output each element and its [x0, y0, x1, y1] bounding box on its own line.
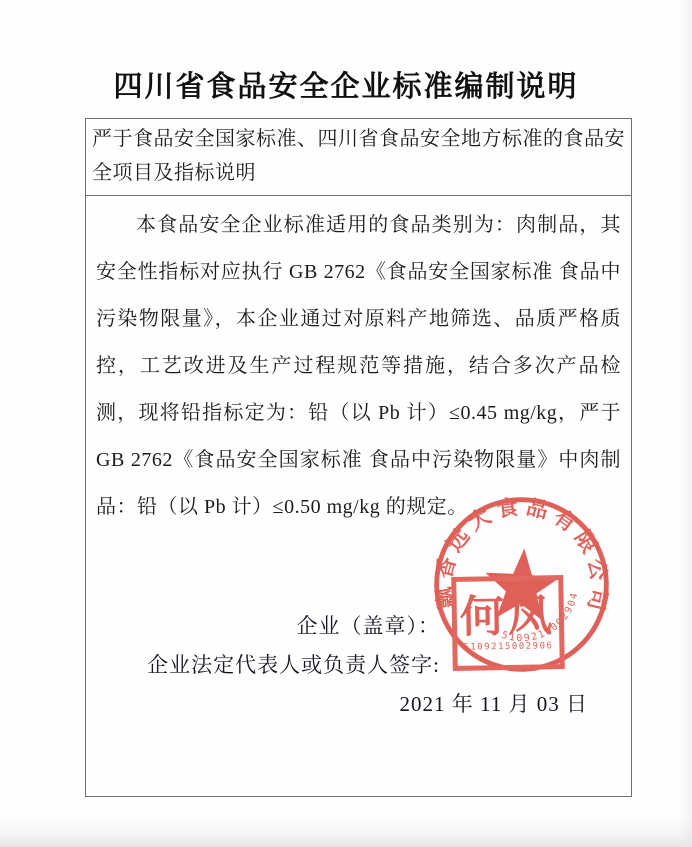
body-paragraph: 本食品安全企业标准适用的食品类别为：肉制品，其安全性指标对应执行 GB 2762…	[96, 202, 621, 531]
signature-date: 2021 年 11 月 03 日	[400, 688, 588, 718]
page-title: 四川省食品安全企业标准编制说明	[0, 64, 692, 105]
company-seal-label: 企业（盖章）：	[297, 610, 441, 640]
document-page: 四川省食品安全企业标准编制说明 严于食品安全国家标准、四川省食品安全地方标准的食…	[0, 0, 692, 847]
table-header-cell: 严于食品安全国家标准、四川省食品安全地方标准的食品安全项目及指标说明	[86, 119, 631, 196]
representative-signature-label: 企业法定代表人或负责人签字:	[147, 649, 440, 679]
